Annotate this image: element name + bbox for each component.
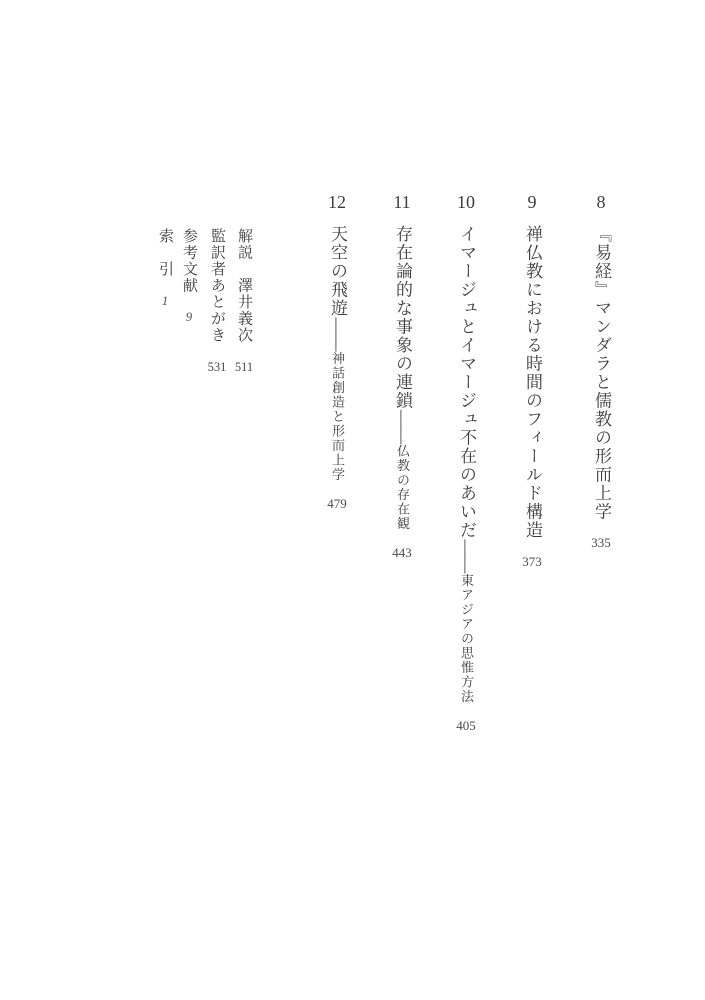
chapter-title-main: 天空の飛遊	[328, 225, 347, 318]
chapter-number: 12	[328, 192, 346, 212]
chapter-number: 11	[393, 192, 410, 212]
title-dash: ――	[457, 540, 476, 574]
chapter-page-number: 479	[327, 497, 347, 511]
chapter-subtitle: 仏教の存在観	[395, 444, 410, 531]
chapter-page-number: 335	[591, 536, 611, 550]
chapter-title: 存在論的な事象の連鎖――仏教の存在観	[391, 225, 413, 531]
chapter-title-main: 禅仏教における時間のフィールド構造	[523, 225, 542, 540]
back-matter-page-number: 531	[208, 360, 227, 374]
toc-entry-bibliography: 参考文献 9	[179, 228, 199, 324]
chapter-title-main: イマージュとイマージュ不在のあいだ	[457, 225, 476, 540]
back-matter-label: 解説 澤井義次	[234, 228, 254, 344]
chapter-title: 『易経』マンダラと儒教の形而上学	[590, 225, 612, 521]
title-dash: ――	[328, 318, 347, 352]
chapter-title: 禅仏教における時間のフィールド構造	[521, 225, 543, 540]
back-matter-page-number: 9	[186, 310, 192, 324]
chapter-number: 9	[528, 192, 537, 212]
toc-entry-chapter-11: 11 存在論的な事象の連鎖――仏教の存在観 443	[391, 192, 413, 560]
title-dash: ――	[393, 410, 412, 444]
chapter-title: イマージュとイマージュ不在のあいだ――東アジアの思惟方法	[455, 225, 477, 704]
chapter-number: 8	[597, 192, 606, 212]
chapter-title-main: 存在論的な事象の連鎖	[393, 225, 412, 410]
toc-entry-index: 索 引 1	[155, 228, 175, 308]
book-toc-page: 8 『易経』マンダラと儒教の形而上学 335 9 禅仏教における時間のフィールド…	[0, 0, 705, 1000]
chapter-subtitle: 東アジアの思惟方法	[459, 574, 474, 705]
chapter-title: 天空の飛遊――神話創造と形而上学	[326, 225, 348, 482]
back-matter-label: 監訳者あとがき	[207, 228, 227, 344]
chapter-subtitle: 神話創造と形而上学	[330, 352, 345, 483]
toc-entry-chapter-12: 12 天空の飛遊――神話創造と形而上学 479	[326, 192, 348, 511]
back-matter-page-number: 1	[162, 294, 168, 308]
back-matter-label: 参考文献	[179, 228, 199, 294]
back-matter-page-number: 511	[235, 360, 253, 374]
toc-entry-chapter-10: 10 イマージュとイマージュ不在のあいだ――東アジアの思惟方法 405	[455, 192, 477, 733]
toc-entry-chapter-8: 8 『易経』マンダラと儒教の形而上学 335	[590, 192, 612, 550]
chapter-number: 10	[457, 192, 475, 212]
chapter-title-main: 『易経』マンダラと儒教の形而上学	[592, 225, 611, 521]
toc-entry-afterword: 監訳者あとがき 531	[207, 228, 227, 374]
chapter-page-number: 405	[456, 719, 476, 733]
toc-entry-chapter-9: 9 禅仏教における時間のフィールド構造 373	[521, 192, 543, 569]
chapter-page-number: 443	[392, 546, 412, 560]
back-matter-label: 索 引	[155, 228, 175, 278]
chapter-page-number: 373	[522, 555, 542, 569]
toc-entry-commentary: 解説 澤井義次 511	[234, 228, 254, 374]
